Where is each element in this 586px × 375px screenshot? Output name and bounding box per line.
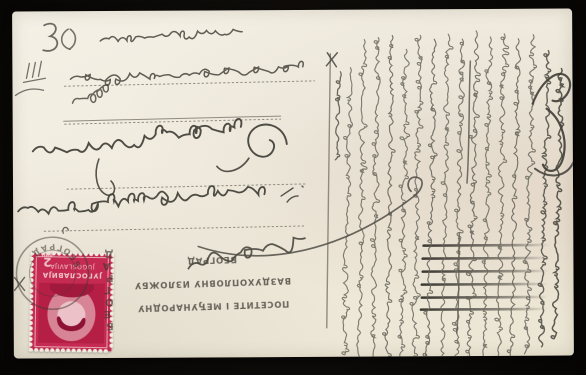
handwriting-stroke bbox=[355, 40, 368, 359]
cancel-bar bbox=[422, 244, 550, 247]
handwriting-stroke bbox=[96, 159, 114, 195]
handwriting-stroke bbox=[43, 24, 57, 51]
handwriting-stroke bbox=[217, 158, 249, 171]
handwriting-stroke bbox=[522, 35, 538, 354]
handwriting-stroke bbox=[466, 61, 471, 183]
postcard-photo: ЈУГОСЛАВИЈА JUGOSLAVIJA 2 ДИН ПОСЕТИТЕ I… bbox=[0, 0, 586, 375]
address-line bbox=[64, 81, 314, 86]
postmark-strike-letters: БЕОГРАД bbox=[102, 248, 113, 331]
postcard: ЈУГОСЛАВИЈА JUGOSLAVIJA 2 ДИН ПОСЕТИТЕ I… bbox=[12, 9, 574, 359]
handwriting-stroke bbox=[23, 61, 45, 82]
handwriting-stroke bbox=[532, 74, 570, 104]
handwriting-stroke bbox=[369, 38, 381, 359]
address-line bbox=[65, 119, 281, 124]
handwriting-stroke bbox=[33, 119, 242, 153]
divider-line bbox=[325, 54, 331, 328]
handwriting-stroke bbox=[18, 186, 265, 214]
handwriting-stroke bbox=[506, 39, 523, 359]
handwriting-stroke bbox=[62, 29, 76, 49]
cancel-bar bbox=[421, 283, 549, 286]
postmark-circle: БЕОГРАД bbox=[16, 237, 88, 309]
address-line bbox=[64, 116, 281, 121]
postmark-town-arc: БЕОГРАД bbox=[28, 242, 82, 269]
handwriting-stroke bbox=[340, 68, 353, 355]
handwriting-stroke bbox=[335, 72, 342, 160]
handwriting-stroke bbox=[535, 159, 574, 176]
handwriting-and-postmarks: БЕОГРАД БЕОГРАД bbox=[12, 9, 574, 359]
handwriting-stroke bbox=[381, 35, 396, 358]
handwriting-stroke bbox=[63, 227, 68, 233]
handwriting-stroke bbox=[537, 51, 552, 347]
handwriting-stroke bbox=[550, 69, 565, 339]
address-line bbox=[44, 226, 305, 231]
svg-text:БЕОГРАД: БЕОГРАД bbox=[28, 242, 82, 269]
handwriting-ink bbox=[13, 21, 574, 359]
handwriting-stroke bbox=[281, 186, 303, 202]
handwriting-stroke bbox=[100, 29, 242, 41]
handwriting-stroke bbox=[72, 85, 108, 103]
handwriting-stroke bbox=[248, 124, 287, 156]
address-line bbox=[67, 184, 305, 189]
handwriting-stroke bbox=[16, 89, 44, 96]
handwriting-stroke bbox=[326, 53, 337, 67]
